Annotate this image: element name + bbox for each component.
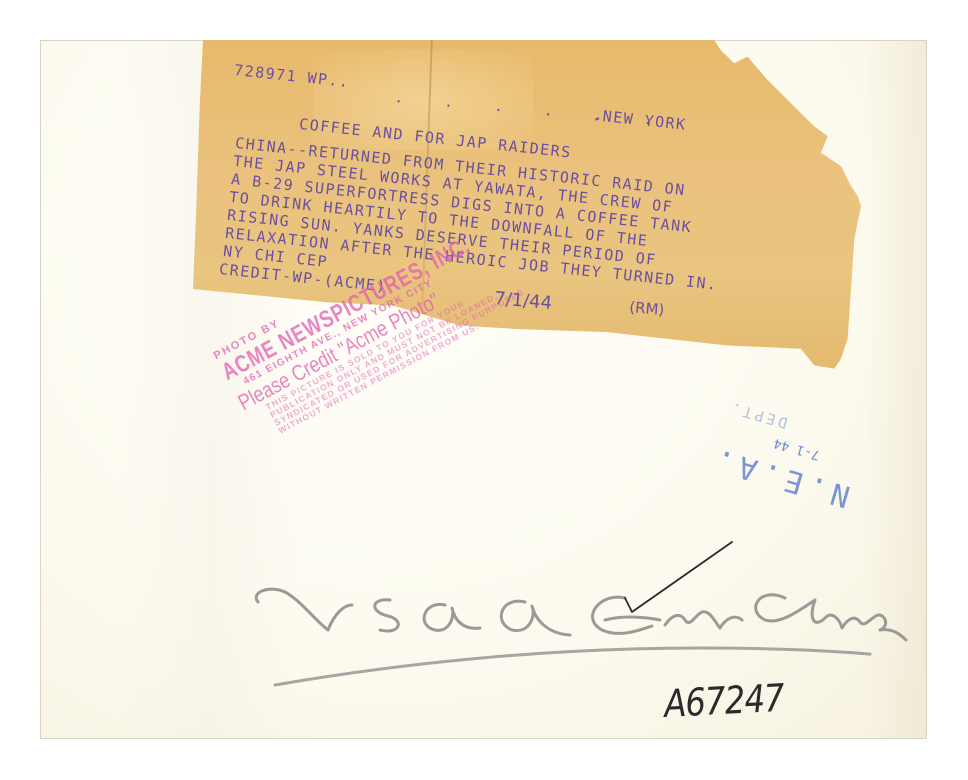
handwritten-caption: USAAF in China	[240, 530, 930, 750]
stamp-nea-dept: DEPT.	[727, 398, 790, 432]
catalog-number: A67247	[663, 676, 785, 726]
caption-initials: (RM)	[629, 300, 665, 318]
